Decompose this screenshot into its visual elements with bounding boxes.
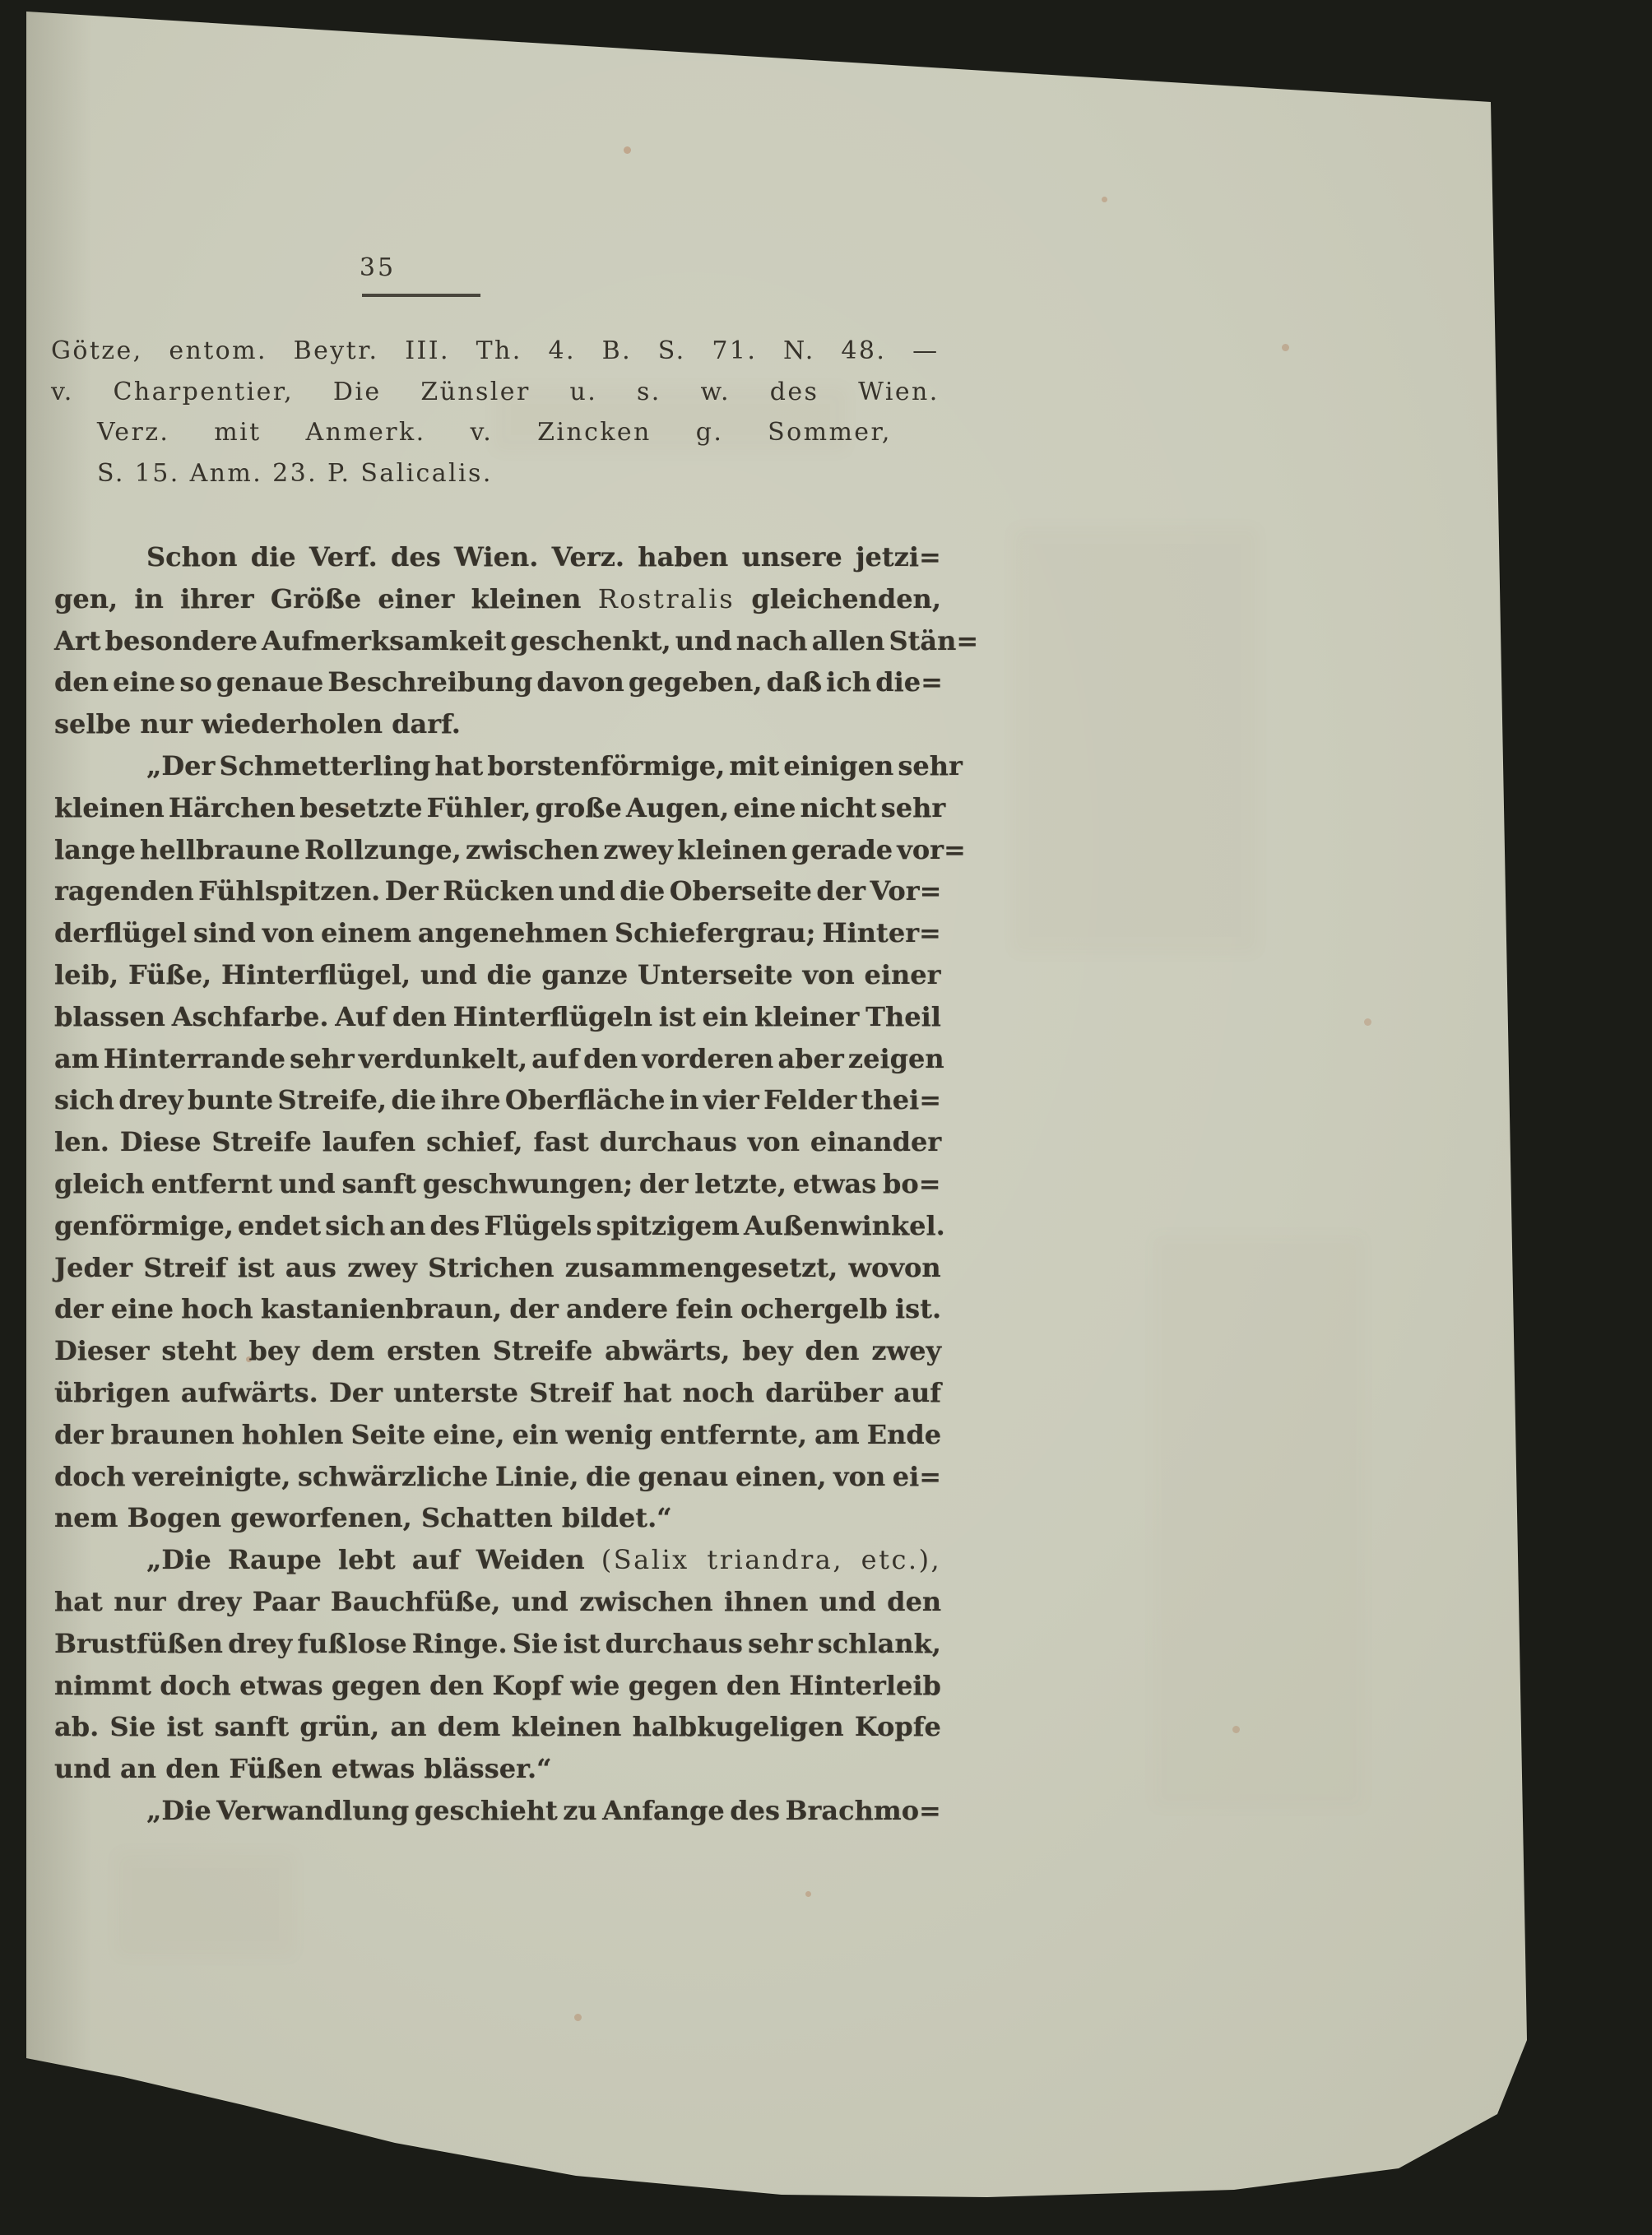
- foxing-spots: [0, 0, 4, 4]
- paragraph: „Der Schmetterling hat borstenförmige, m…: [54, 745, 941, 1539]
- show-through-smudge: [1152, 1234, 1366, 1810]
- text-line: Art besondere Aufmerksamkeit geschenkt, …: [54, 620, 941, 662]
- text-line: nimmt doch etwas gegen den Kopf wie gege…: [54, 1665, 941, 1707]
- citation-line: v. Charpentier, Die Zünsler u. s. w. des…: [51, 372, 940, 413]
- text-line: hat nur drey Paar Bauchfüße, und zwische…: [54, 1581, 941, 1623]
- text-line: am Hinterrande sehr verdunkelt, auf den …: [54, 1038, 941, 1080]
- text-line: Dieser steht bey dem ersten Streife abwä…: [54, 1330, 941, 1372]
- text-line: „Der Schmetterling hat borstenförmige, m…: [54, 745, 941, 787]
- text-line: und an den Füßen etwas blässer.“: [54, 1748, 941, 1790]
- text-line: den eine so genaue Beschreibung davon ge…: [54, 661, 941, 703]
- latin-term: (Salix triandra, etc.),: [601, 1544, 942, 1575]
- scanned-book-page: 35 Götze, entom. Beytr. III. Th. 4. B. S…: [0, 0, 1652, 2235]
- show-through-smudge: [115, 1851, 296, 1958]
- text-line: Jeder Streif ist aus zwey Strichen zusam…: [54, 1247, 941, 1289]
- citation-line: Götze, entom. Beytr. III. Th. 4. B. S. 7…: [51, 331, 940, 372]
- text-line: doch vereinigte, schwärzliche Linie, die…: [54, 1456, 941, 1498]
- text-line: derflügel sind von einem angenehmen Schi…: [54, 912, 941, 954]
- text-line: „Die Verwandlung geschieht zu Anfange de…: [54, 1790, 941, 1832]
- text-line: lange hellbraune Rollzunge, zwischen zwe…: [54, 829, 941, 871]
- citation-block: Götze, entom. Beytr. III. Th. 4. B. S. 7…: [51, 331, 940, 494]
- text-line: blassen Aschfarbe. Auf den Hinterflügeln…: [54, 996, 941, 1038]
- text-line: der eine hoch kastanienbraun, der andere…: [54, 1288, 941, 1330]
- text-line: ab. Sie ist sanft grün, an dem kleinen h…: [54, 1706, 941, 1748]
- text-line: Schon die Verf. des Wien. Verz. haben un…: [54, 536, 941, 578]
- citation-line: S. 15. Anm. 23. P. Salicalis.: [51, 453, 940, 494]
- page-number: 35: [352, 253, 403, 282]
- show-through-smudge: [1012, 526, 1259, 954]
- text-line: gen, in ihrer Größe einer kleinen Rostra…: [54, 578, 941, 620]
- text-line: genförmige, endet sich an des Flügels sp…: [54, 1205, 941, 1247]
- text-line: nem Bogen geworfenen, Schatten bildet.“: [54, 1497, 941, 1539]
- text-line: „Die Raupe lebt auf Weiden (Salix triand…: [54, 1539, 941, 1581]
- text-line: der braunen hohlen Seite eine, ein wenig…: [54, 1414, 941, 1456]
- page-number-rule: [362, 294, 480, 297]
- text-line: selbe nur wiederholen darf.: [54, 703, 941, 745]
- text-line: Brustfüßen drey fußlose Ringe. Sie ist d…: [54, 1623, 941, 1665]
- body-text: Schon die Verf. des Wien. Verz. haben un…: [54, 536, 941, 1832]
- text-line: kleinen Härchen besetzte Fühler, große A…: [54, 787, 941, 829]
- latin-term: Rostralis: [598, 583, 735, 614]
- text-line: sich drey bunte Streife, die ihre Oberfl…: [54, 1079, 941, 1121]
- text-line: gleich entfernt und sanft geschwungen; d…: [54, 1163, 941, 1205]
- text-line: len. Diese Streife laufen schief, fast d…: [54, 1121, 941, 1163]
- text-line: leib, Füße, Hinterflügel, und die ganze …: [54, 954, 941, 996]
- citation-line: Verz. mit Anmerk. v. Zincken g. Sommer,: [51, 412, 940, 453]
- paragraph: „Die Raupe lebt auf Weiden (Salix triand…: [54, 1539, 941, 1790]
- paragraph: Schon die Verf. des Wien. Verz. haben un…: [54, 536, 941, 745]
- text-line: übrigen aufwärts. Der unterste Streif ha…: [54, 1372, 941, 1414]
- paragraph: „Die Verwandlung geschieht zu Anfange de…: [54, 1790, 941, 1832]
- text-line: ragenden Fühlspitzen. Der Rücken und die…: [54, 870, 941, 912]
